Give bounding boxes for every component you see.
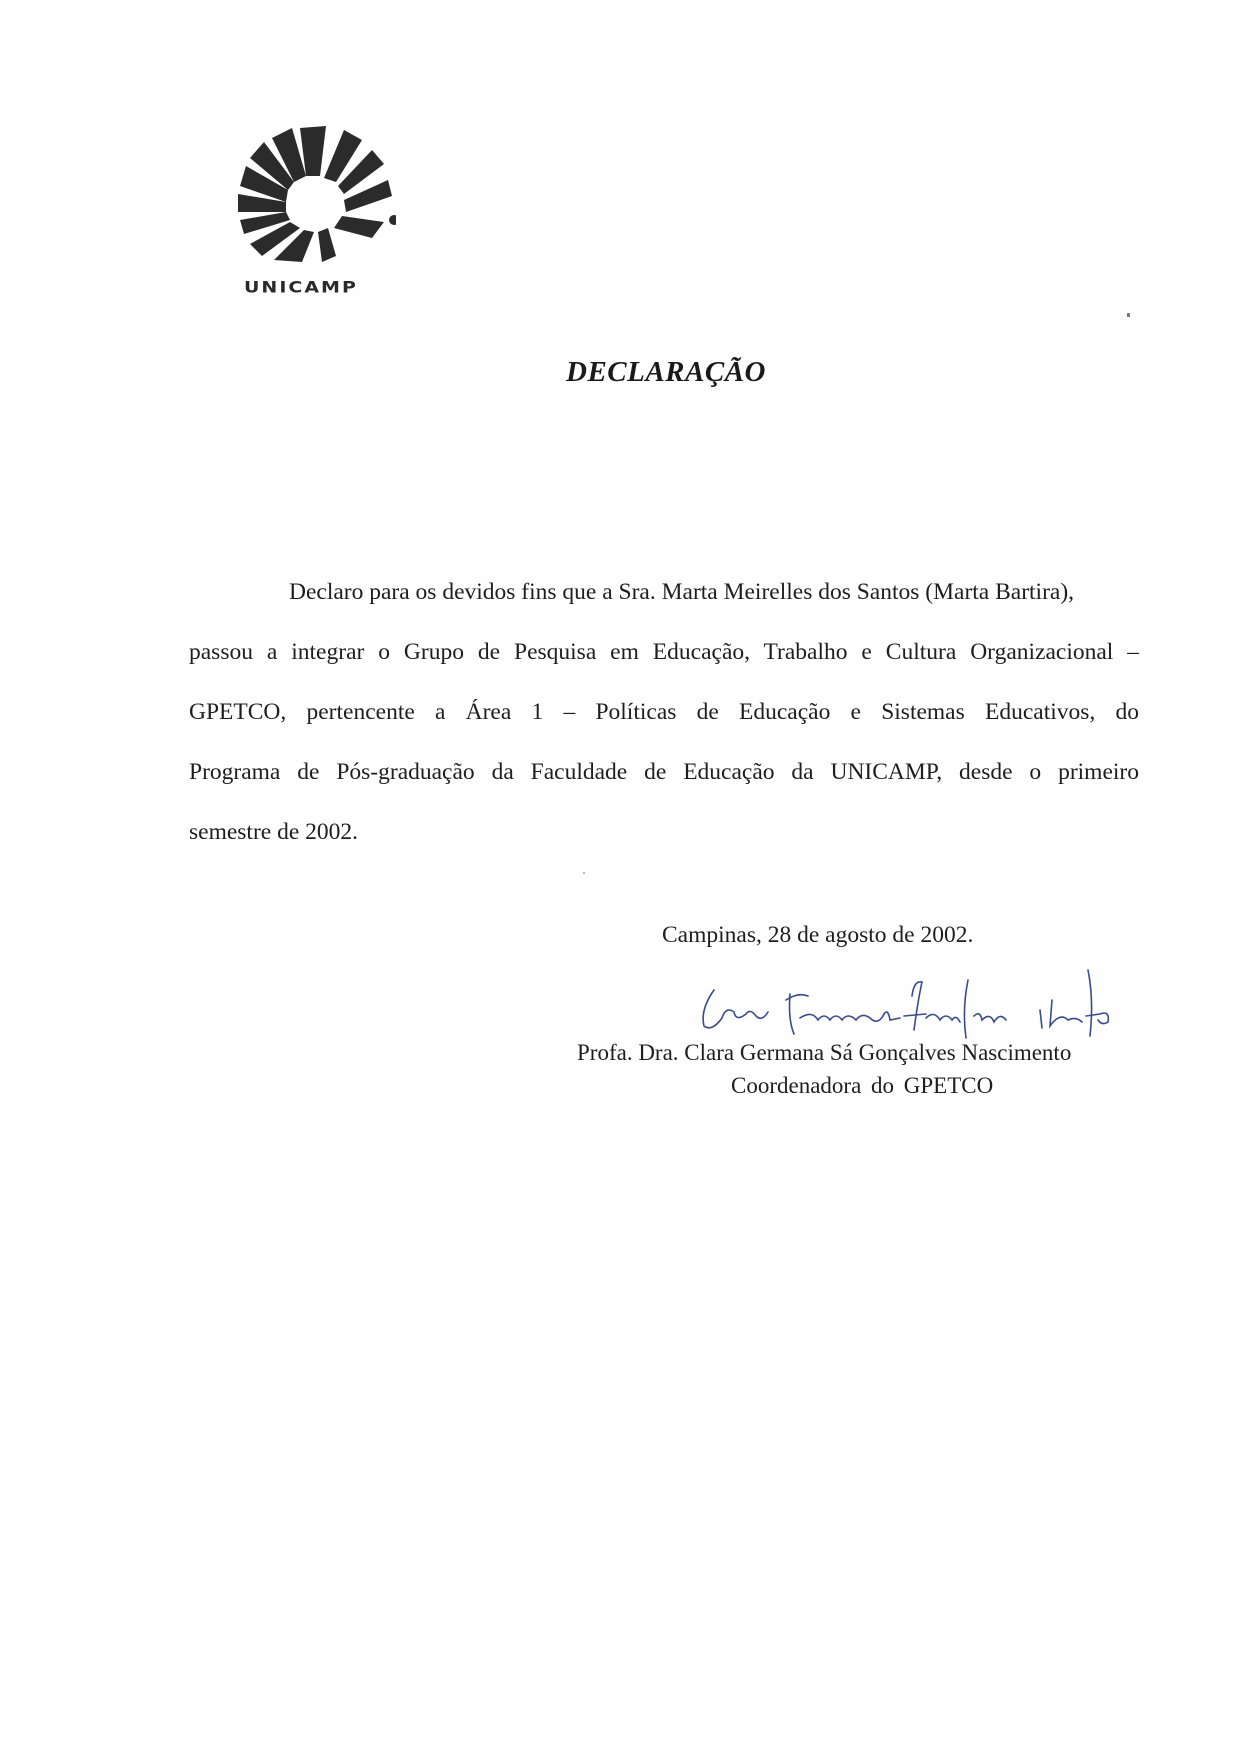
document-title: DECLARAÇÃO	[0, 356, 1241, 389]
body-line: GPETCO, pertencente a Área 1 – Políticas…	[189, 682, 1139, 742]
scan-speck	[1127, 313, 1130, 317]
declaration-body: Declaro para os devidos fins que a Sra. …	[189, 562, 1139, 862]
document-title-text: DECLARAÇÃO	[566, 356, 766, 389]
place-and-date: Campinas, 28 de agosto de 2002.	[662, 922, 973, 949]
signer-name: Profa. Dra. Clara Germana Sá Gonçalves N…	[577, 1040, 1071, 1066]
signer-role: Coordenadora do GPETCO	[731, 1073, 993, 1099]
body-line: passou a integrar o Grupo de Pesquisa em…	[189, 622, 1139, 682]
unicamp-logo-icon	[236, 120, 396, 270]
handwritten-signature-icon	[690, 960, 1130, 1040]
body-line: semestre de 2002.	[189, 802, 1139, 862]
body-line: Programa de Pós-graduação da Faculdade d…	[189, 742, 1139, 802]
institution-name: UNICAMP	[244, 278, 358, 297]
scan-speck	[583, 872, 585, 874]
body-line: Declaro para os devidos fins que a Sra. …	[189, 562, 1139, 622]
document-page: UNICAMP DECLARAÇÃO Declaro para os devid…	[0, 0, 1241, 1754]
